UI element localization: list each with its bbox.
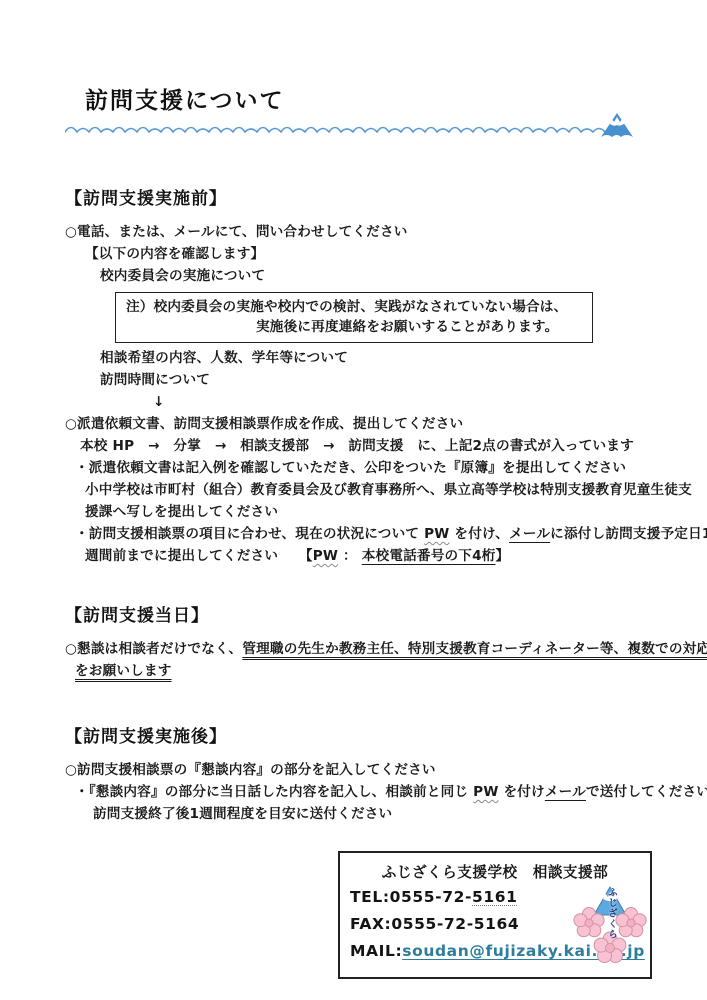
text-segment: 週間前までに提出してください 【 [85, 548, 313, 564]
mail-term: メール [509, 526, 550, 542]
text-line: 本校 HP → 分掌 → 相談支援部 → 訪問支援 に、上記2点の書式が入ってい… [65, 435, 652, 457]
note-line: 実施後に再度連絡をお願いすることがあります。 [126, 317, 584, 337]
text-line: 訪問時間について [65, 369, 652, 391]
wavy-line [65, 128, 605, 133]
emphasized-text: 管理職の先生か教務主任、特別支援教育コーディネーター等、複数での対応 [242, 641, 707, 657]
mail-term: メール [545, 784, 586, 800]
text-line: をお願いします [65, 660, 652, 682]
text-segment: で送付してください。 [586, 784, 707, 800]
text-line: 援課へ写しを提出してください [65, 501, 652, 523]
text-line: 小中学校は市町村（組合）教育委員会及び教育事務所へ、県立高等学校は特別支援教育児… [65, 479, 652, 501]
text-segment: ・訪問支援相談票の項目に合わせ、現在の状況について [75, 526, 424, 542]
text-segment: ： [338, 548, 362, 564]
mail-label: MAIL: [350, 942, 402, 960]
text-segment: ・『懇談内容』の部分に当日話した内容を記入し、相談前と同じ [75, 784, 473, 800]
password-term: PW [313, 548, 338, 564]
text-line: 週間前までに提出してください 【PW ： 本校電話番号の下4桁】 [65, 545, 652, 567]
logo-vertical-text: ふじざくら [605, 887, 617, 940]
title-block: 訪問支援について [65, 86, 652, 146]
section-header-after: 【訪問支援実施後】 [65, 724, 652, 750]
text-segment: を付け [499, 784, 545, 800]
tel-number-suffix: 5161 [472, 888, 518, 906]
contact-info-box: ふじざくら支援学校 相談支援部 TEL:0555-72-5161 FAX:055… [338, 851, 652, 979]
section-before-visit: 【訪問支援実施前】 ○電話、または、メールにて、問い合わせしてください 【以下の… [65, 186, 652, 567]
text-line: ○電話、または、メールにて、問い合わせしてください [65, 221, 652, 243]
text-line: 校内委員会の実施について [65, 265, 652, 287]
tel-number-prefix: TEL:0555-72- [350, 888, 472, 906]
text-line: ・訪問支援相談票の項目に合わせ、現在の状況について PW を付け、メールに添付し… [65, 523, 652, 545]
text-line: ・派遣依頼文書は記入例を確認していただき、公印をついた『原簿』を提出してください [65, 457, 652, 479]
text-line: 相談希望の内容、人数、学年等について [65, 347, 652, 369]
note-box: 注）校内委員会の実施や校内での検討、実践がなされていない場合は、 実施後に再度連… [115, 292, 593, 343]
text-line: ・『懇談内容』の部分に当日話した内容を記入し、相談前と同じ PW を付けメールで… [65, 781, 652, 803]
down-arrow-icon: ↓ [65, 391, 652, 413]
fuji-mountain-icon [601, 113, 633, 137]
password-term: PW [424, 526, 449, 542]
document-page: 訪問支援について 【訪問支援実施前】 ○電話、または、メールにて、問い合わせして… [0, 0, 707, 1000]
password-hint: 本校電話番号の下4桁 [362, 548, 496, 564]
section-header-day: 【訪問支援当日】 [65, 603, 652, 629]
text-segment: に添付し訪問支援予定日1 [550, 526, 707, 542]
note-line: 注）校内委員会の実施や校内での検討、実践がなされていない場合は、 [126, 297, 584, 317]
text-segment: を付け、 [449, 526, 509, 542]
text-line: 【以下の内容を確認します】 [65, 243, 652, 265]
text-line: 訪問支援終了後1週間程度を目安に送付ください [65, 803, 652, 825]
text-line: ○訪問支援相談票の『懇談内容』の部分を記入してください [65, 759, 652, 781]
text-segment: 】 [496, 548, 510, 564]
password-term: PW [473, 784, 498, 800]
text-line: ○懇談は相談者だけでなく、管理職の先生か教務主任、特別支援教育コーディネーター等… [65, 638, 652, 660]
section-header-before: 【訪問支援実施前】 [65, 186, 652, 212]
emphasized-text: をお願いします [75, 663, 172, 679]
section-day-of-visit: 【訪問支援当日】 ○懇談は相談者だけでなく、管理職の先生か教務主任、特別支援教育… [65, 603, 652, 682]
text-line: ○派遣依頼文書、訪問支援相談票作成を作成、提出してください [65, 413, 652, 435]
text-segment: ○懇談は相談者だけでなく、 [65, 641, 242, 657]
section-after-visit: 【訪問支援実施後】 ○訪問支援相談票の『懇談内容』の部分を記入してください ・『… [65, 724, 652, 825]
